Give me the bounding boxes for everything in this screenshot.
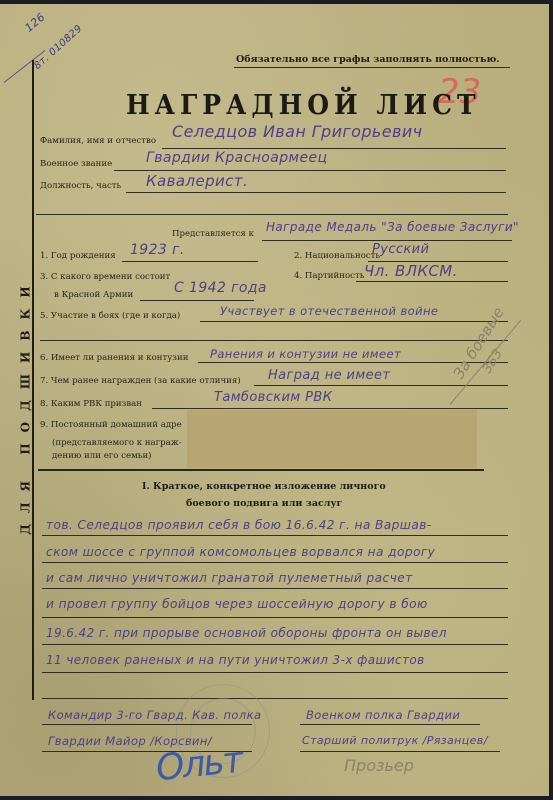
field-line-rank [114, 170, 506, 171]
field-label-service-since: 3. С какого времени состоит [40, 272, 170, 282]
field-value-full-name: Селедцов Иван Григорьевич [172, 122, 422, 141]
blue-ink-signature: Ольт [154, 740, 243, 790]
field-value-service-since: С 1942 года [174, 280, 267, 296]
signature-commissar-title: Военком полка Гвардии [306, 708, 460, 722]
signature-commissar-name: Старший политрук /Рязанцев/ [302, 734, 488, 747]
field-label-full-name: Фамилия, имя и отчество [40, 136, 156, 146]
deed-rule-7 [42, 698, 508, 699]
field-value-draft-office: Тамбовским РВК [214, 390, 332, 405]
award-sheet-page: 126 8т. 010829 Обязательно все графы зап… [0, 4, 553, 796]
deed-rule-6 [42, 672, 508, 673]
field-label-rank: Военное звание [40, 159, 112, 169]
deed-line-4: и провел группу бойцов через шоссейную д… [46, 597, 428, 611]
form-section-divider [38, 469, 484, 471]
header-divider [36, 214, 508, 215]
nomination-line [262, 240, 512, 241]
deed-rule-3 [42, 588, 508, 589]
address-redaction [187, 410, 477, 468]
field-label-prior-awards: 7. Чем ранее награжден (за какие отличия… [40, 376, 241, 386]
nomination-value: Награде Медаль "За боевые Заслуги" [266, 220, 519, 234]
field-value-battles: Участвует в отечественной войне [220, 304, 438, 318]
field-line-birth-year [122, 261, 258, 262]
field-label-address-3: дению или его семьи) [52, 451, 152, 461]
field-line-service-since [140, 300, 254, 301]
field-value-nationality: Русский [372, 242, 429, 257]
field-value-prior-awards: Наград не имеет [268, 368, 390, 383]
deed-rule-2 [42, 562, 508, 563]
field-line-draft-office [152, 408, 508, 409]
field-line-position [126, 192, 506, 193]
field-value-party: Чл. ВЛКСМ. [364, 262, 458, 280]
deed-line-3: и сам лично уничтожил гранатой пулеметны… [46, 571, 413, 585]
signature-rule-right-2 [300, 751, 500, 752]
deed-line-5: 19.6.42 г. при прорыве основной обороны … [46, 626, 447, 640]
field-label-address-2: (представляемого к награж- [52, 438, 182, 448]
field-line-party [356, 281, 508, 282]
field-label-party: 4. Партийность [294, 271, 364, 281]
field-line-prior-awards [254, 385, 508, 386]
deed-rule-5 [42, 644, 508, 645]
section-heading-line2: боевого подвига или заслуг [186, 498, 342, 509]
signature-rule-left-1 [42, 724, 252, 725]
nomination-label: Представляется к [172, 229, 254, 239]
deed-rule-4 [42, 617, 508, 618]
mandatory-note-underline [234, 67, 510, 68]
field-line-battles [200, 321, 508, 322]
section-heading-line1: I. Краткое, конкретное изложение личного [142, 481, 386, 492]
field-label-nationality: 2. Национальность [294, 251, 380, 261]
field-label-battles: 5. Участие в боях (где и когда) [40, 311, 180, 321]
document-title: НАГРАДНОЙ ЛИСТ [126, 89, 481, 121]
field-value-rank: Гвардии Красноармеец [146, 150, 327, 166]
field-label-position: Должность, часть [40, 181, 121, 191]
deed-rule-1 [42, 535, 508, 536]
field-label-birth-year: 1. Год рождения [40, 251, 116, 261]
field-line-full-name [162, 148, 506, 149]
deed-line-1: тов. Селедцов проявил себя в бою 16.6.42… [46, 518, 432, 532]
field-label-service-since-2: в Красной Армии [54, 290, 133, 300]
archive-number-a: 126 [22, 10, 47, 34]
field-label-address: 9. Постоянный домашний адре [40, 420, 182, 430]
field-value-birth-year: 1923 г. [130, 242, 185, 258]
archive-number-b: 8т. 010829 [32, 23, 84, 72]
field-label-wounds: 6. Имеет ли ранения и контузии [40, 353, 188, 363]
field-value-position: Кавалерист. [146, 172, 248, 190]
field-label-draft-office: 8. Каким РВК призван [40, 399, 142, 409]
pencil-bottom-note: Прозьер [344, 756, 414, 775]
deed-line-2: ском шоссе с группой комсомольцев ворвал… [46, 545, 435, 559]
signature-commander-title: Командир 3-го Гвард. Кав. полка [48, 708, 261, 722]
field-value-wounds: Ранения и контузии не имеет [210, 347, 401, 361]
deed-line-6: 11 человек раненых и на пути уничтожил 3… [46, 653, 425, 667]
field-line-battles-2 [40, 340, 508, 341]
signature-rule-right-1 [300, 724, 480, 725]
mandatory-note: Обязательно все графы заполнять полность… [236, 54, 500, 65]
